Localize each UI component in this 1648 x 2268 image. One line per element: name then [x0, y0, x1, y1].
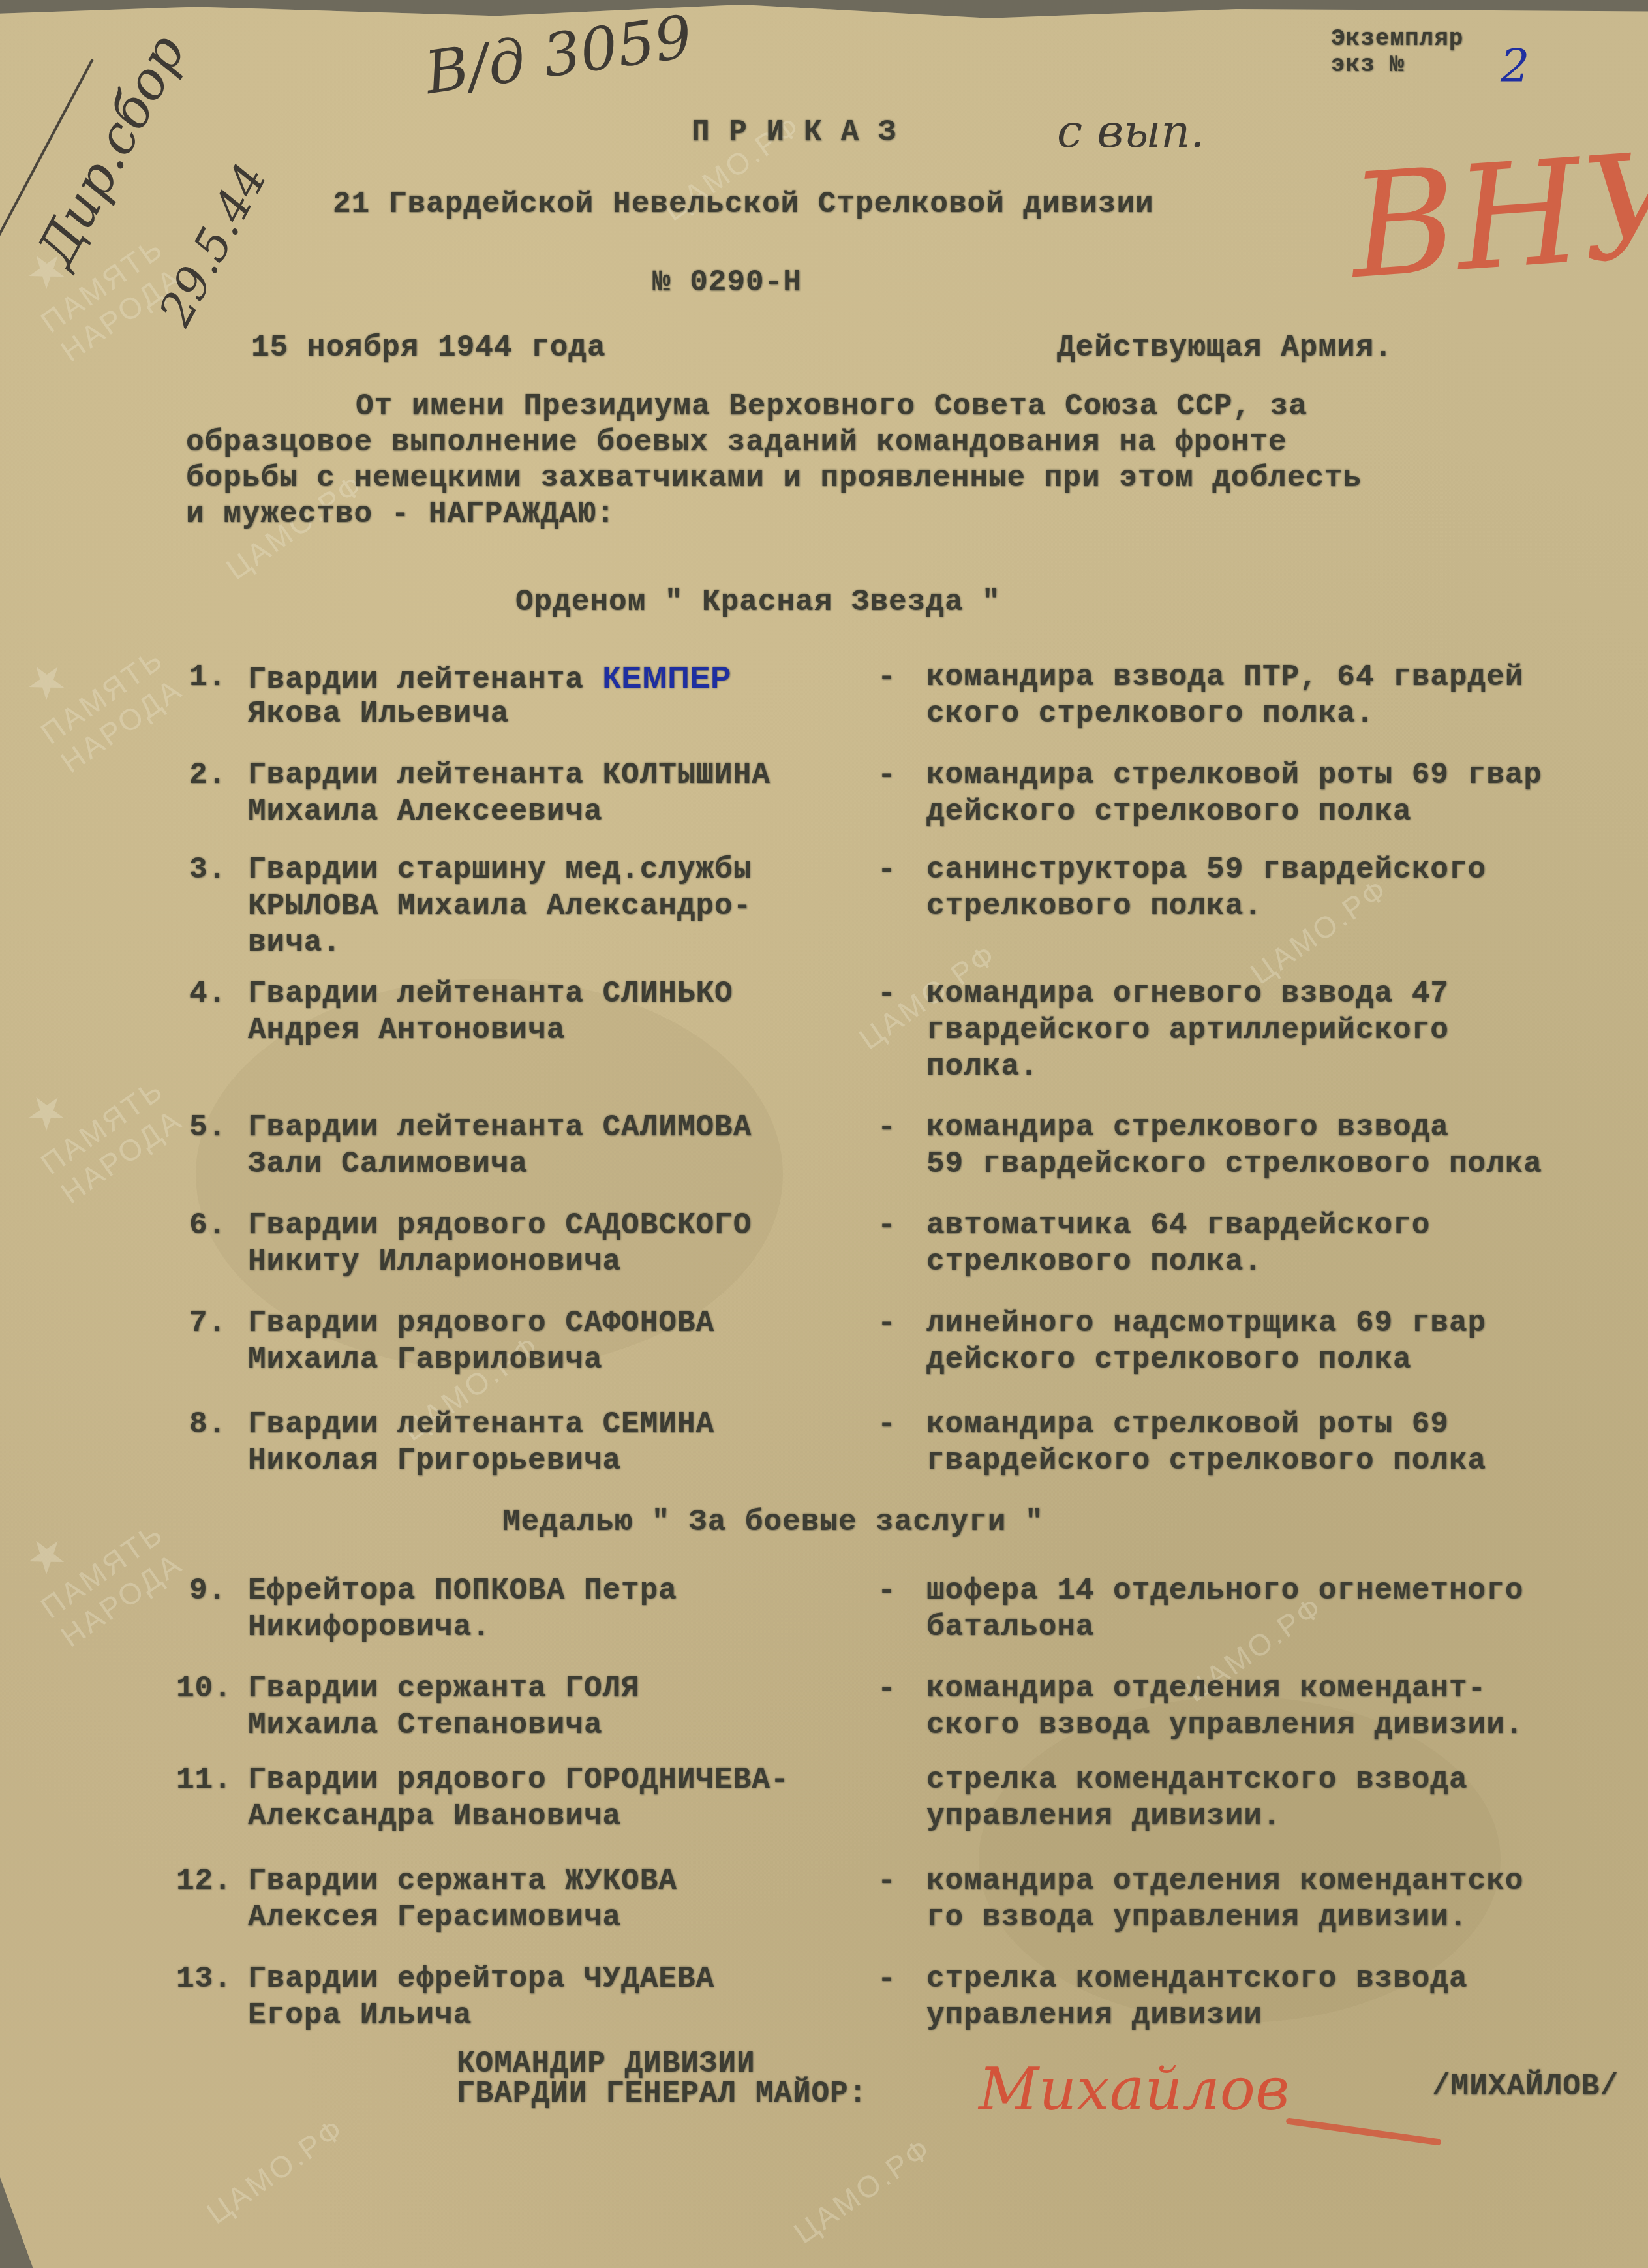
awardee-rank: Гвардии старшину мед.службы — [248, 851, 752, 888]
awardee-rank-surname: Гвардии лейтенанта КОЛТЫШИНА — [248, 757, 771, 793]
awardee-rank-surname: Гвардии рядового ГОРОДНИЧЕВА- — [248, 1762, 789, 1798]
document-title: П Р И К А З — [692, 114, 897, 151]
awardee-position: командира взвода ПТР, 64 гвардей — [926, 659, 1523, 696]
awardee-name: КРЫЛОВА Михаила Александро- — [248, 888, 752, 925]
watermark-text: ЦАМО.РФ — [200, 2111, 351, 2231]
awardee-position: ского взвода управления дивизии. — [926, 1707, 1523, 1743]
awardee-rank-surname: Гвардии сержанта ГОЛЯ — [248, 1670, 640, 1707]
awardee-rank-surname: Гвардии лейтенанта СЕМИНА — [248, 1406, 714, 1443]
watermark-logo: ★ ПАМЯТЬ НАРОДА — [3, 597, 191, 780]
awardee-position: гвардейского артиллерийского — [926, 1012, 1449, 1049]
signature-role: КОМАНДИР ДИВИЗИИ ГВАРДИИ ГЕНЕРАЛ МАЙОР: — [457, 2049, 867, 2109]
awardee-name: Михаила Степановича — [248, 1707, 640, 1743]
watermark-logo: ★ ПАМЯТЬ НАРОДА — [3, 1471, 191, 1654]
awardee-position: полка. — [926, 1049, 1449, 1085]
awardee-name: Андрея Антоновича — [248, 1012, 733, 1049]
awardee-position: дейского стрелкового полка — [926, 793, 1542, 830]
awardee-position: командира огневого взвода 47 — [926, 975, 1449, 1012]
awardee-rank-surname: Гвардии сержанта ЖУКОВА — [248, 1863, 677, 1899]
awardee-position: го взвода управления дивизии. — [926, 1899, 1523, 1936]
awardee-position: гвардейского стрелкового полка — [926, 1443, 1486, 1479]
awardee-position: управления дивизии. — [926, 1798, 1468, 1835]
awardee-position: командира отделения комендантско — [926, 1863, 1523, 1899]
awardee-position: 59 гвардейского стрелкового полка — [926, 1146, 1542, 1182]
division-name: 21 Гвардейской Невельской Стрелковой див… — [333, 186, 1154, 222]
handwritten-surname: КЕМПЕР — [603, 660, 732, 694]
star-icon: ★ — [14, 1028, 151, 1145]
handwritten-note: В/д 3059 — [421, 3, 696, 108]
awardee-name: Никиту Илларионовича — [248, 1244, 752, 1280]
awardee-name: Алексея Герасимовича — [248, 1899, 677, 1936]
awardee-name: вича. — [248, 925, 752, 961]
order-location: Действующая Армия. — [1057, 329, 1393, 366]
awardee-position: линейного надсмотрщика 69 гвар — [926, 1305, 1486, 1341]
awardee-position: управления дивизии — [926, 1997, 1468, 2034]
awardee-position: стрелка комендантского взвода — [926, 1762, 1468, 1798]
awardee-position: командира стрелковой роты 69 — [926, 1406, 1486, 1443]
awardee-name: Якова Ильевича — [248, 696, 731, 732]
awardee-name: Зали Салимовича — [248, 1146, 752, 1182]
section-heading-medal-combat-merit: Медалью " За боевые заслуги " — [502, 1504, 1044, 1540]
awardee-name: Михаила Гавриловича — [248, 1341, 714, 1378]
red-pencil-mark: ВНУ — [1345, 121, 1648, 311]
watermark-logo: ★ ПАМЯТЬ НАРОДА — [3, 1028, 191, 1210]
awardee-name: Егора Ильича — [248, 1997, 714, 2034]
awardee-rank-surname: Гвардии рядового САДОВСКОГО — [248, 1207, 752, 1244]
star-icon: ★ — [14, 1471, 151, 1589]
handwritten-note: Дир.сбор — [25, 25, 196, 276]
order-number: № 0290-Н — [652, 264, 802, 301]
awardee-rank-surname: Гвардии рядового САФОНОВА — [248, 1305, 714, 1341]
awardee-position: шофера 14 отдельного огнеметного — [926, 1572, 1523, 1609]
handwritten-note: с вып. — [1057, 104, 1205, 158]
awardee-rank-surname: Гвардии ефрейтора ЧУДАЕВА — [248, 1961, 714, 1997]
copy-number-handwritten: 2 — [1501, 39, 1530, 93]
preamble-line: От имени Президиума Верховного Совета Со… — [356, 388, 1307, 425]
awardee-position: автоматчика 64 гвардейского — [926, 1207, 1430, 1244]
awardee-position: санинструктора 59 гвардейского — [926, 851, 1486, 888]
watermark-text: ЦАМО.РФ — [787, 2130, 938, 2251]
signature-underline — [1285, 2117, 1441, 2145]
awardee-name: Никифоровича. — [248, 1609, 677, 1646]
preamble-line: борьбы с немецкими захватчиками и проявл… — [186, 460, 1362, 497]
handwritten-signature: Михайлов — [979, 2055, 1289, 2124]
handwritten-note: 29.5.44 — [149, 155, 278, 334]
awardee-position: командира отделения комендант- — [926, 1670, 1523, 1707]
preamble-line: и мужество - НАГРАЖДАЮ: — [186, 496, 615, 532]
awardee-name: Александра Ивановича — [248, 1798, 789, 1835]
awardee-rank-surname: Гвардии лейтенанта КЕМПЕР — [248, 659, 731, 696]
document-page: ★ ПАМЯТЬ НАРОДА ★ ПАМЯТЬ НАРОДА ★ ПАМЯТЬ… — [0, 0, 1648, 2268]
awardee-position: батальона — [926, 1609, 1523, 1646]
awardee-position: стрелкового полка. — [926, 888, 1486, 925]
awardee-rank-surname: Гвардии лейтенанта СЛИНЬКО — [248, 975, 733, 1012]
awardee-position: командира стрелкового взвода — [926, 1109, 1542, 1146]
awardee-position: дейского стрелкового полка — [926, 1341, 1486, 1378]
preamble-line: образцовое выполнение боевых заданий ком… — [186, 424, 1287, 461]
awardee-position: ского стрелкового полка. — [926, 696, 1523, 732]
awardee-name: Николая Григорьевича — [248, 1443, 714, 1479]
signatory-name: /МИХАЙЛОВ/ — [1432, 2068, 1619, 2105]
awardee-position: стрелкового полка. — [926, 1244, 1430, 1280]
awardee-rank-surname: Гвардии лейтенанта САЛИМОВА — [248, 1109, 752, 1146]
copy-stamp: Экземпляр экз № — [1331, 26, 1463, 78]
order-date: 15 ноября 1944 года — [251, 329, 606, 366]
section-heading-order-red-star: Орденом " Красная Звезда " — [515, 584, 1001, 621]
awardee-rank-surname: Ефрейтора ПОПКОВА Петра — [248, 1572, 677, 1609]
awardee-name: Михаила Алексеевича — [248, 793, 771, 830]
star-icon: ★ — [14, 597, 151, 714]
awardee-position: командира стрелковой роты 69 гвар — [926, 757, 1542, 793]
awardee-position: стрелка комендантского взвода — [926, 1961, 1468, 1997]
